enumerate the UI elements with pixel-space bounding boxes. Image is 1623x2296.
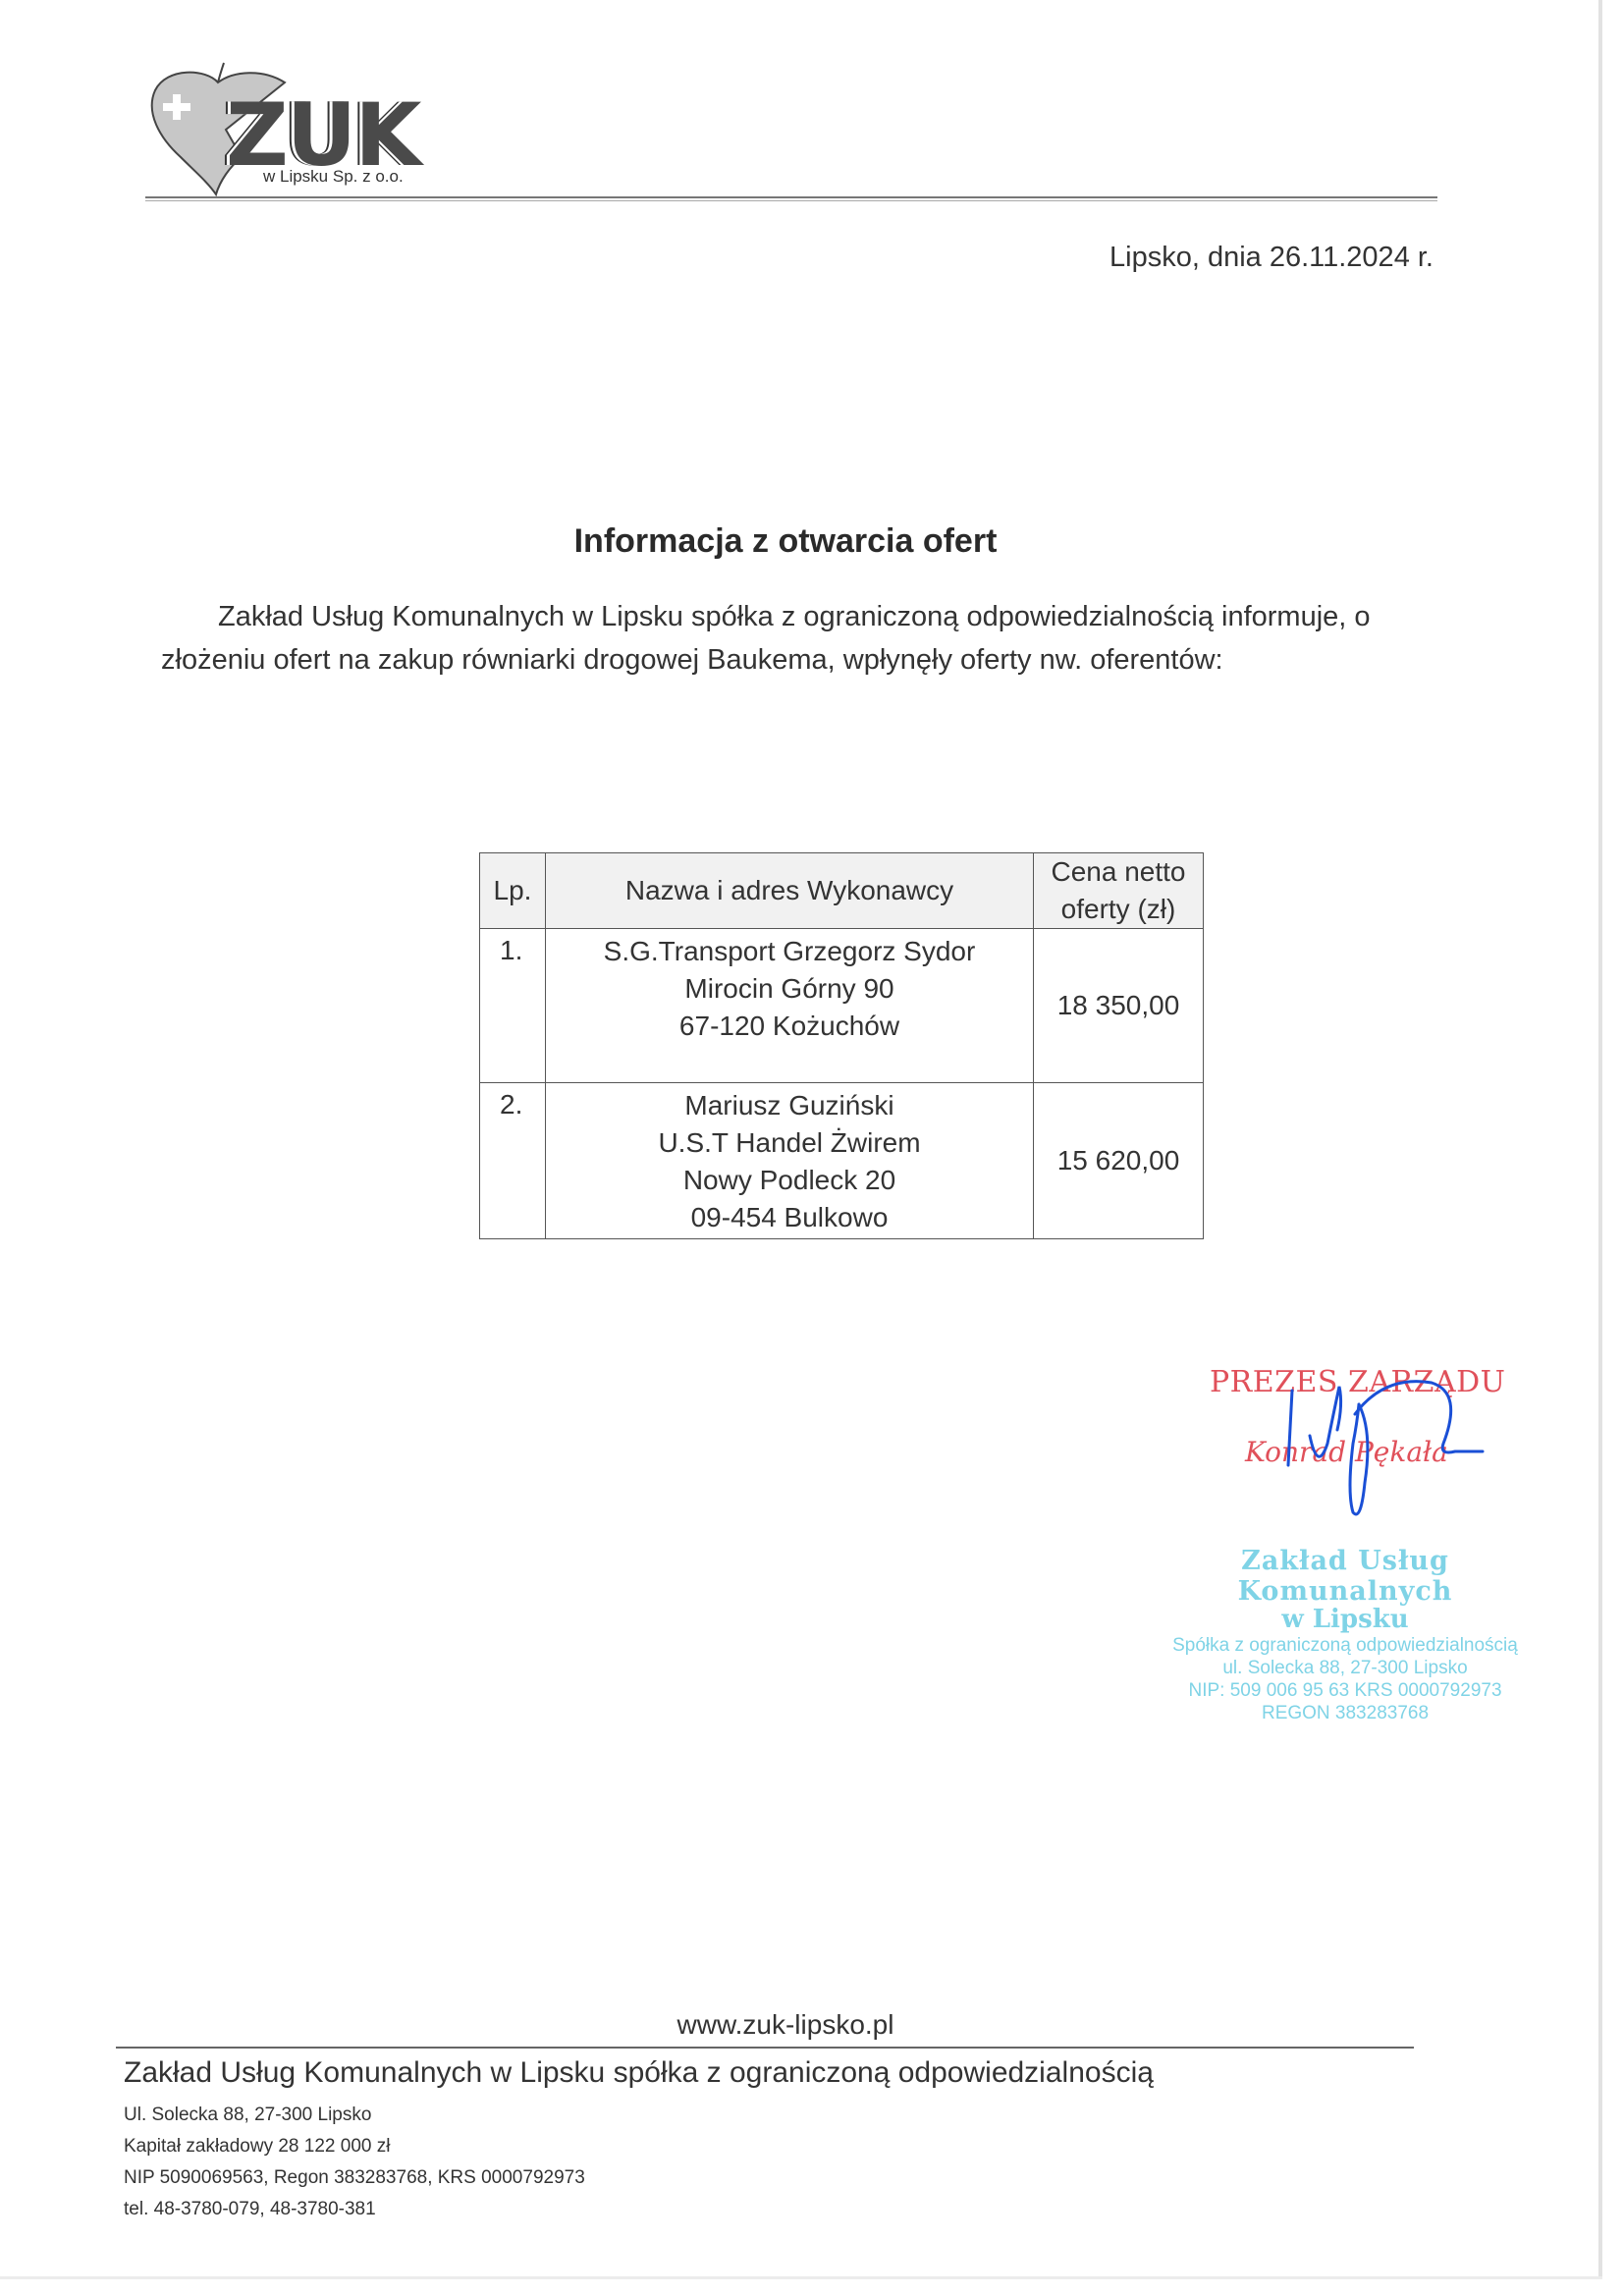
header-contractor: Nazwa i adres Wykonawcy: [546, 853, 1034, 929]
intro-paragraph: Zakład Usług Komunalnych w Lipsku spółka…: [161, 595, 1379, 682]
table-header-row: Lp. Nazwa i adres Wykonawcy Cena netto o…: [480, 853, 1204, 929]
row-lp: 1.: [480, 929, 546, 1083]
contractor-line: 09-454 Bulkowo: [546, 1199, 1033, 1236]
table-row: 1. S.G.Transport Grzegorz Sydor Mirocin …: [480, 929, 1204, 1083]
document-title: Informacja z otwarcia ofert: [0, 522, 1571, 561]
header-price-text: Cena netto oferty (zł): [1052, 856, 1186, 924]
scan-edge-bottom: [0, 2276, 1602, 2279]
contractor-line: U.S.T Handel Żwirem: [546, 1124, 1033, 1162]
logo-subtitle: w Lipsku Sp. z o.o.: [263, 167, 404, 187]
logo-wordmark: ZUK: [226, 92, 419, 179]
stamp-line: Zakład Usług Komunalnych: [1159, 1546, 1532, 1607]
company-stamp: Zakład Usług Komunalnych w Lipsku Spółka…: [1159, 1546, 1532, 1724]
footer-divider: [116, 2047, 1414, 2049]
footer-details: Ul. Solecka 88, 27-300 Lipsko Kapitał za…: [124, 2100, 585, 2225]
contractor-line: Mariusz Guziński: [546, 1087, 1033, 1124]
date-line: Lipsko, dnia 26.11.2024 r.: [1090, 242, 1434, 274]
row-contractor: Mariusz Guziński U.S.T Handel Żwirem Now…: [546, 1083, 1034, 1239]
footer-company-name: Zakład Usług Komunalnych w Lipsku spółka…: [124, 2056, 1154, 2090]
footer-website: www.zuk-lipsko.pl: [0, 2009, 1571, 2041]
company-logo: ZUK w Lipsku Sp. z o.o.: [147, 61, 442, 198]
row-contractor: S.G.Transport Grzegorz Sydor Mirocin Gór…: [546, 929, 1034, 1083]
header-divider: [145, 196, 1437, 198]
header-price: Cena netto oferty (zł): [1034, 853, 1204, 929]
footer-registry: NIP 5090069563, Regon 383283768, KRS 000…: [124, 2162, 585, 2194]
header-divider-secondary: [145, 200, 1437, 201]
contractor-line: S.G.Transport Grzegorz Sydor: [546, 933, 1033, 970]
footer-capital: Kapitał zakładowy 28 122 000 zł: [124, 2131, 585, 2162]
stamp-line: w Lipsku: [1159, 1605, 1532, 1634]
offers-table: Lp. Nazwa i adres Wykonawcy Cena netto o…: [479, 852, 1204, 1239]
table-row: 2. Mariusz Guziński U.S.T Handel Żwirem …: [480, 1083, 1204, 1239]
contractor-line: 67-120 Kożuchów: [546, 1008, 1033, 1045]
intro-text: Zakład Usług Komunalnych w Lipsku spółka…: [161, 601, 1371, 676]
handwritten-signature-icon: [1267, 1375, 1522, 1522]
contractor-line: Mirocin Górny 90: [546, 970, 1033, 1008]
row-lp: 2.: [480, 1083, 546, 1239]
row-price: 15 620,00: [1034, 1083, 1204, 1239]
stamp-line: Spółka z ograniczoną odpowiedzialnością: [1159, 1634, 1532, 1657]
stamp-line: REGON 383283768: [1159, 1702, 1532, 1724]
contractor-line: Nowy Podleck 20: [546, 1162, 1033, 1199]
footer-phone: tel. 48-3780-079, 48-3780-381: [124, 2194, 585, 2225]
stamp-line: ul. Solecka 88, 27-300 Lipsko: [1159, 1657, 1532, 1679]
footer-address: Ul. Solecka 88, 27-300 Lipsko: [124, 2100, 585, 2131]
stamp-line: NIP: 509 006 95 63 KRS 0000792973: [1159, 1679, 1532, 1702]
header-lp: Lp.: [480, 853, 546, 929]
scan-edge-right: [1598, 0, 1602, 2276]
row-price: 18 350,00: [1034, 929, 1204, 1083]
